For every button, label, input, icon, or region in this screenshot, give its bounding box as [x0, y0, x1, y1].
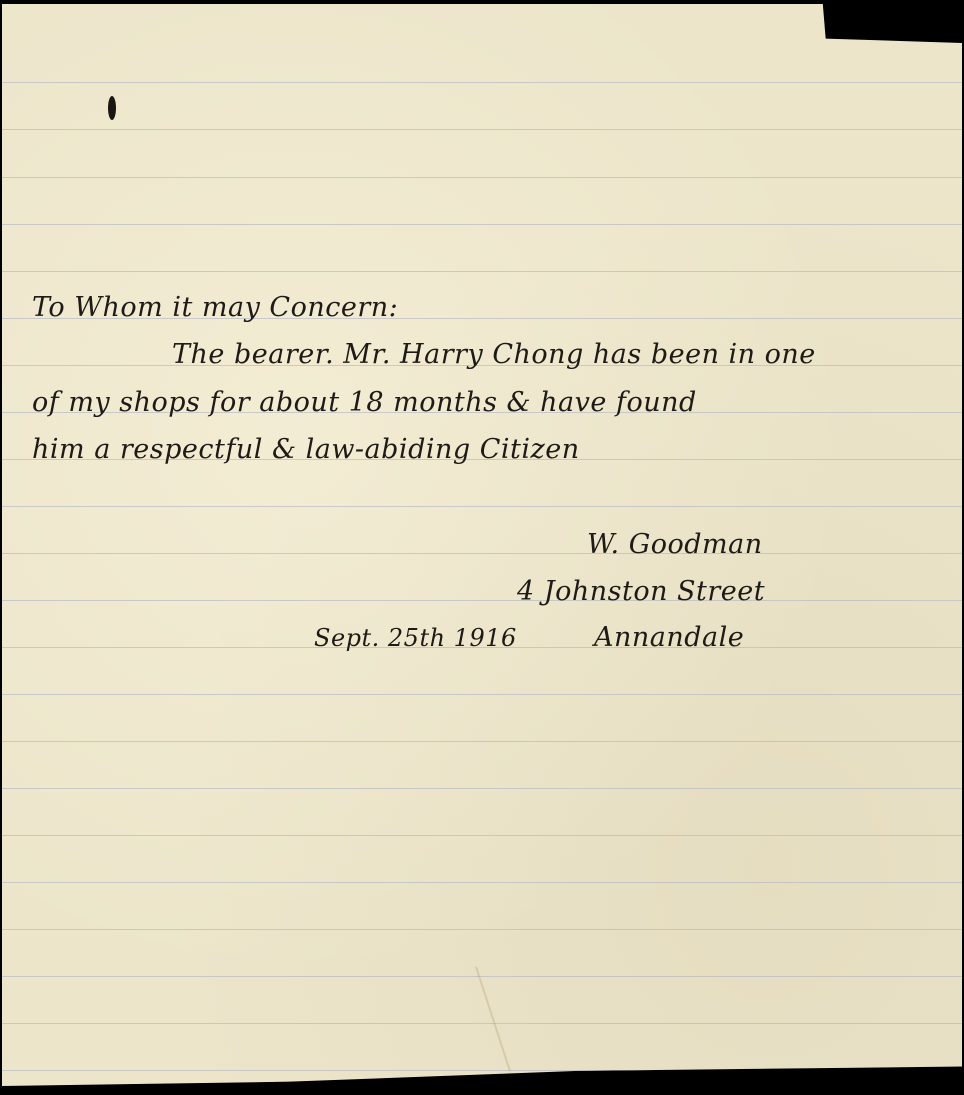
- ruled-line: [2, 129, 962, 130]
- ruled-line: [2, 835, 962, 836]
- ruled-line: [2, 553, 962, 554]
- paper-crease: [475, 966, 511, 1071]
- ruled-line: [2, 600, 962, 601]
- salutation: To Whom it may Concern:: [32, 292, 398, 323]
- ruled-line: [2, 506, 962, 507]
- body-line-3: him a respectful & law-abiding Citizen: [32, 434, 580, 465]
- letter-date: Sept. 25th 1916: [314, 624, 517, 652]
- ruled-line: [2, 694, 962, 695]
- ruled-line: [2, 1070, 962, 1071]
- ruled-line: [2, 882, 962, 883]
- letter-paper: To Whom it may Concern: The bearer. Mr. …: [2, 4, 962, 1086]
- ruled-line: [2, 929, 962, 930]
- signature-address-suburb: Annandale: [594, 622, 744, 653]
- signature-name: W. Goodman: [587, 529, 763, 560]
- ruled-line: [2, 1023, 962, 1024]
- ruled-line: [2, 741, 962, 742]
- ruled-line: [2, 224, 962, 225]
- ruled-line: [2, 271, 962, 272]
- body-line-2: of my shops for about 18 months & have f…: [32, 387, 697, 418]
- ruled-line: [2, 788, 962, 789]
- ruled-line: [2, 177, 962, 178]
- body-line-1: The bearer. Mr. Harry Chong has been in …: [172, 339, 816, 370]
- ruled-line: [2, 82, 962, 83]
- ruled-line: [2, 976, 962, 977]
- signature-address-street: 4 Johnston Street: [517, 576, 765, 607]
- punch-hole-mark: [108, 96, 116, 120]
